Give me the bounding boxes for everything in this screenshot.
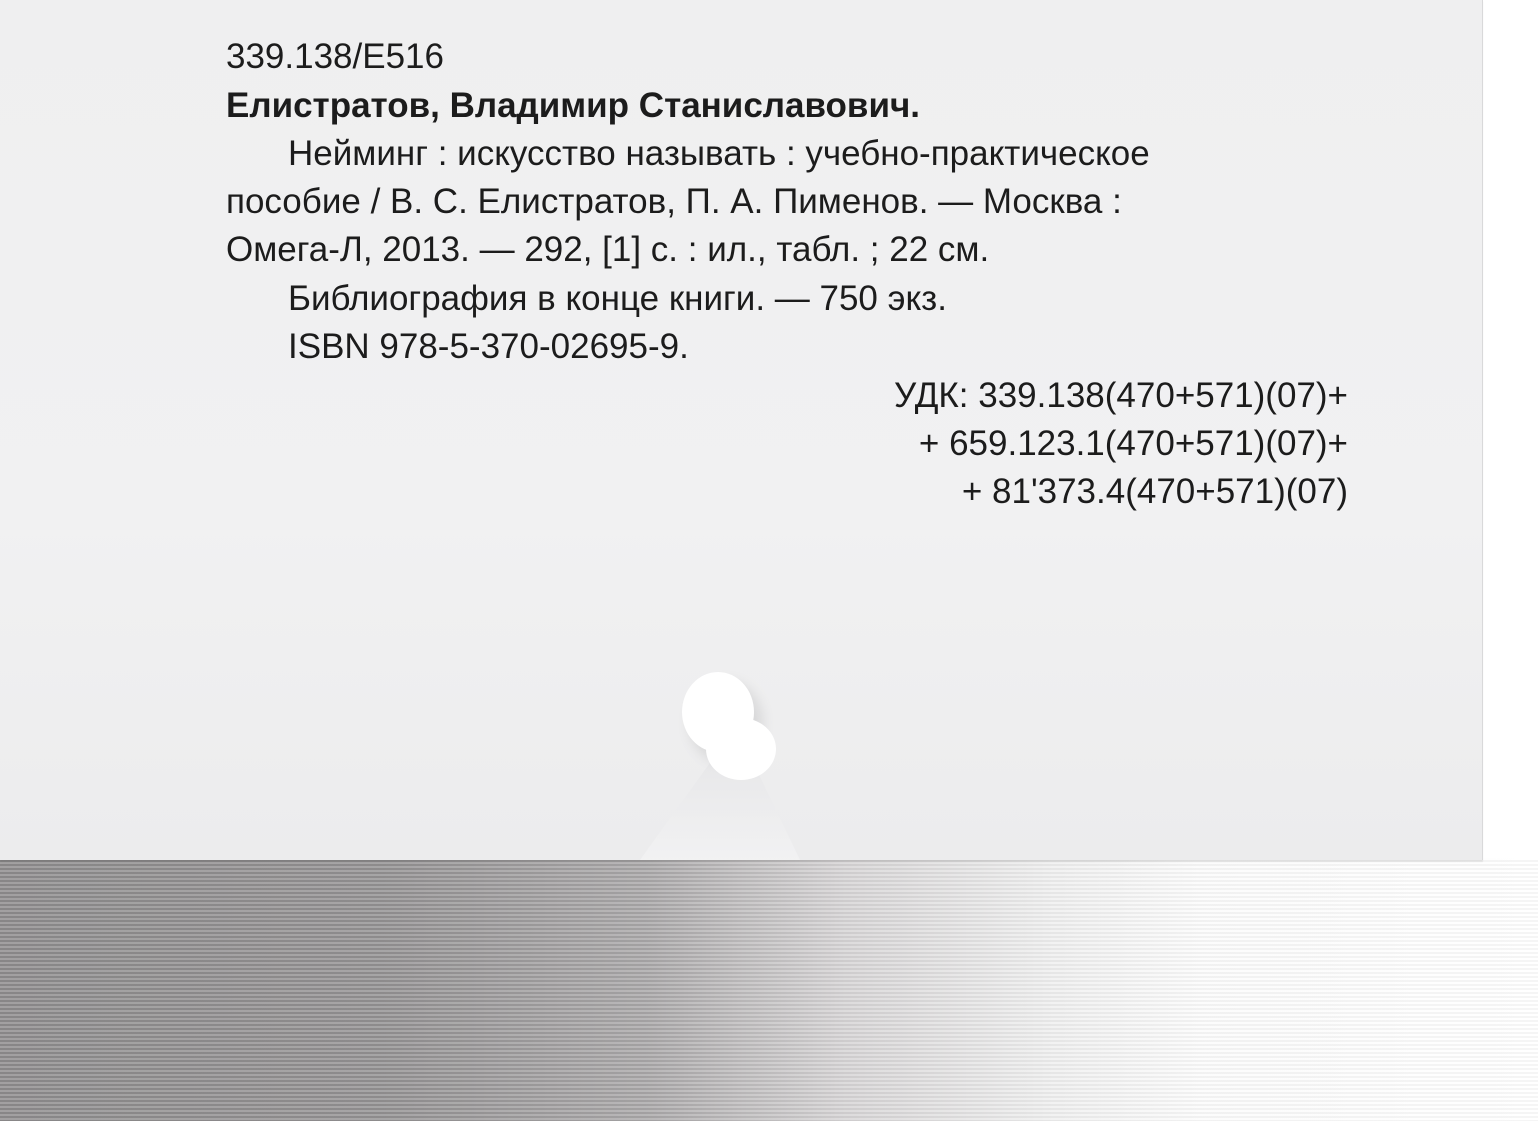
- description-line: Нейминг : искусство называть : учебно-пр…: [226, 130, 1346, 178]
- shelf-mark: 339.138/Е516: [226, 33, 444, 81]
- notes: Библиография в конце книги. — 750 экз. I…: [288, 275, 947, 371]
- udk-line: УДК: 339.138(470+571)(07)+: [894, 372, 1348, 420]
- catalog-card: 339.138/Е516 Елистратов, Владимир Станис…: [0, 0, 1483, 860]
- bibliographic-description: Нейминг : искусство называть : учебно-пр…: [226, 130, 1346, 274]
- isbn: ISBN 978-5-370-02695-9.: [288, 323, 947, 371]
- udk-line: + 81'373.4(470+571)(07): [894, 468, 1348, 516]
- scanner-background: [0, 858, 1538, 1121]
- description-line: пособие / В. С. Елистратов, П. А. Пимено…: [226, 178, 1346, 226]
- description-line: Омега-Л, 2013. — 292, [1] с. : ил., табл…: [226, 226, 1346, 274]
- udk-line: + 659.123.1(470+571)(07)+: [894, 420, 1348, 468]
- bibliography-note: Библиография в конце книги. — 750 экз.: [288, 275, 947, 323]
- author-heading: Елистратов, Владимир Станиславович.: [226, 82, 920, 130]
- torn-paper-flap: [640, 760, 800, 860]
- punch-hole-tear: [706, 718, 776, 780]
- udk-classification: УДК: 339.138(470+571)(07)+ + 659.123.1(4…: [894, 372, 1348, 516]
